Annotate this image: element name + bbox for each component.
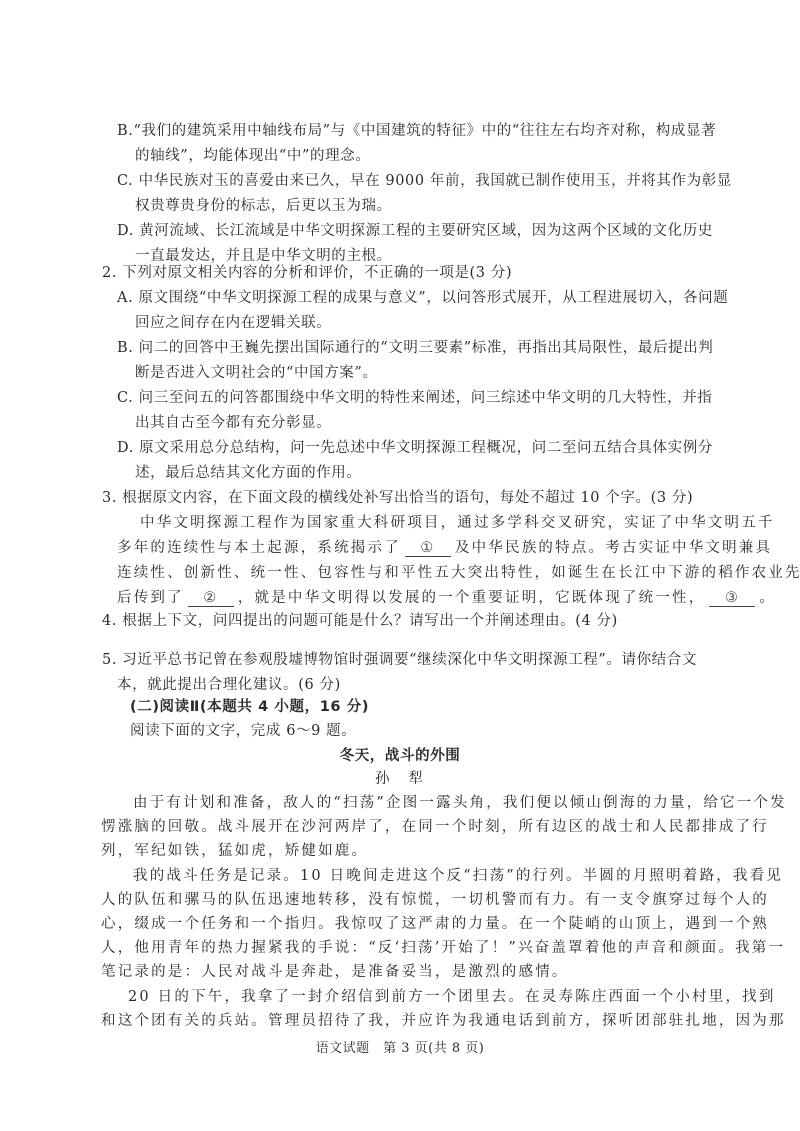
article-p3-line1: 20 日的下午，我拿了一封介绍信到前方一个团里去。在灵寿陈庄西面一个小村里，找到 (128, 987, 776, 1007)
q3-stem: 3. 根据原文内容，在下面文段的横线处补写出恰当的语句，每处不超过 10 个字。… (102, 488, 693, 508)
q2-option-c-line1: C. 问三至问五的问答都围绕中华文明的特性来阐述，问三综述中华文明的几大特性，并… (117, 388, 712, 408)
q3-para-line2-a: 多年的连续性与本土起源，系统揭示了 (117, 540, 401, 556)
q5-line1: 5. 习近平总书记曾在参观殷墟博物馆时强调要“继续深化中华文明探源工程”。请你结… (102, 650, 697, 670)
q1-option-b-line1: B.“我们的建筑采用中轴线布局”与《中国建筑的特征》中的“往往左右均齐对称，构成… (117, 121, 716, 141)
q3-para-line1: 中华文明探源工程作为国家重大科研项目，通过多学科交叉研究，实证了中华文明五千 (140, 513, 775, 533)
q2-option-b-line1: B. 问二的回答中王巍先摆出国际通行的“文明三要素”标准，再指出其局限性，最后提… (117, 338, 713, 358)
q2-option-b-line2: 断是否进入文明社会的“中国方案”。 (135, 363, 378, 383)
article-p1-line3: 列，军纪如铁，猛如虎，矫健如鹿。 (101, 841, 368, 861)
q3-para-line4: 后传到了②，就是中华文明得以发展的一个重要证明，它既体现了统一性，③。 (117, 588, 776, 608)
article-p2-line3: 心，缀成一个任务和一个指归。我惊叹了这严肃的力量。在一个陡峭的山顶上，遇到一个熟 (101, 914, 769, 934)
blank-1[interactable]: ① (405, 540, 451, 557)
q2-option-d-line2: 述，最后总结其文化方面的作用。 (135, 463, 362, 483)
exam-page: B.“我们的建筑采用中轴线布局”与《中国建筑的特征》中的“往往左右均齐对称，构成… (0, 0, 800, 1131)
article-p2-line4: 人，他用青年的热力握紧我的手说：“反‘扫荡’开始了！”兴奋盖罩着他的声音和颜面。… (101, 938, 785, 958)
article-p3-line2: 和这个团有关的兵站。管理员招待了我，并应许为我通电话到前方，探听团部驻扎地，因为… (101, 1011, 786, 1031)
q4-stem: 4. 根据上下文，问四提出的问题可能是什么？请写出一个并阐述理由。(4 分) (102, 611, 618, 631)
q5-line2: 本，就此提出合理化建议。(6 分) (117, 675, 341, 695)
q2-option-a-line1: A. 原文围绕“中华文明探源工程的成果与意义”，以问答形式展开，从工程进展切入，… (117, 288, 728, 308)
q1-option-b-line2: 的轴线”，均能体现出“中”的理念。 (135, 146, 370, 166)
q3-para-line3: 连续性、创新性、统一性、包容性与和平性五大突出特性，如诞生在长江中下游的稻作农业… (117, 563, 800, 583)
q2-option-d-line1: D. 原文采用总分总结构，问一先总述中华文明探源工程概况，问二至问五结合具体实例… (117, 438, 713, 458)
blank-3[interactable]: ③ (709, 590, 755, 607)
article-author: 孙 犁 (0, 769, 800, 789)
reading2-heading: (二)阅读Ⅱ(本题共 4 小题，16 分) (130, 697, 369, 717)
q2-option-a-line2: 回应之间存在内在逻辑关联。 (135, 313, 331, 333)
q2-option-c-line2: 出其自古至今都有充分彰显。 (135, 413, 331, 433)
page-footer: 语文试题 第 3 页(共 8 页) (0, 1039, 800, 1059)
q2-stem: 2. 下列对原文相关内容的分析和评价，不正确的一项是(3 分) (102, 263, 512, 283)
article-title: 冬天，战斗的外围 (0, 746, 800, 766)
q3-para-line2-b: 及中华民族的特点。考古实证中华文明兼具 (455, 540, 772, 556)
q1-option-c-line2: 权贵尊贵身份的标志，后更以玉为瑞。 (135, 196, 392, 216)
article-p2-line1: 我的战斗任务是记录。10 日晚间走进这个反“扫荡”的行列。半圆的月照明着路，我看… (133, 866, 783, 886)
q1-option-d-line1: D. 黄河流域、长江流域是中华文明探源工程的主要研究区域，因为这两个区域的文化历… (117, 221, 713, 241)
article-p2-line2: 人的队伍和骡马的队伍迅速地转移，没有惊慌，一切机警而有力。有一支令旗穿过每个人的 (101, 890, 769, 910)
q3-para-line4-c: 。 (759, 590, 776, 606)
blank-2[interactable]: ② (188, 590, 234, 607)
q3-para-line4-b: ，就是中华文明得以发展的一个重要证明，它既体现了统一性， (238, 590, 706, 606)
q1-option-c-line1: C. 中华民族对玉的喜爱由来已久，早在 9000 年前，我国就已制作使用玉，并将… (117, 171, 732, 191)
article-p1-line2: 愣涨脑的回敬。战斗展开在沙河两岸了，在同一个时刻，所有边区的战士和人民都排成了行 (101, 817, 769, 837)
article-p1-line1: 由于有计划和准备，敌人的“扫荡”企图一露头角，我们便以倾山倒海的力量，给它一个发 (133, 793, 787, 813)
reading2-instruction: 阅读下面的文字，完成 6～9 题。 (130, 721, 356, 741)
article-p2-line5: 笔记录的是：人民对战斗是奔赴，是准备妥当，是激烈的感情。 (101, 962, 569, 982)
q3-para-line2: 多年的连续性与本土起源，系统揭示了①及中华民族的特点。考古实证中华文明兼具 (117, 538, 772, 558)
q3-para-line4-a: 后传到了 (117, 590, 184, 606)
